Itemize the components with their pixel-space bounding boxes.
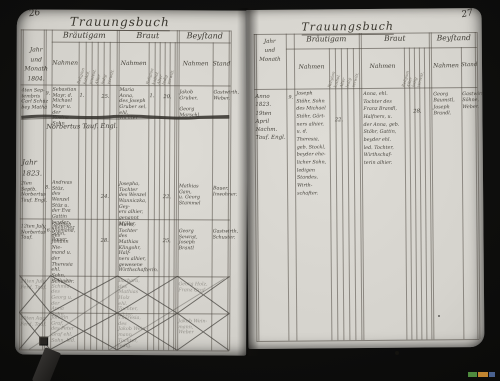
cross-out-marks	[19, 275, 229, 350]
scan-background: 26 Trauungsbuch	[0, 0, 500, 381]
rule	[409, 48, 413, 340]
watermark-segment	[478, 372, 488, 377]
entry-witness-stand: Bauer, Inwohner.	[213, 186, 229, 197]
rule	[256, 339, 479, 342]
rule	[286, 34, 290, 341]
left-page: 26 Trauungsbuch	[15, 9, 248, 355]
header-groom-right: Bräutigam	[294, 34, 359, 44]
rule	[404, 48, 408, 340]
header-bride-left: Braut	[119, 31, 177, 40]
entry-bride-age: 20.	[162, 94, 172, 100]
entry-house-number: 9.	[287, 96, 294, 102]
rule	[335, 48, 339, 340]
entry-groom-age: 25.	[100, 94, 110, 100]
header-witness-left: Beyſtand	[179, 31, 231, 40]
right-page: 27 Trauungsbuch Jahr und Monath Bräuti	[246, 8, 485, 349]
entry-house-number: 9.	[44, 92, 51, 98]
page-number-right: 27	[461, 8, 474, 20]
rule	[424, 47, 428, 339]
subheader-witness-stand-left: Stand	[213, 60, 229, 67]
rule	[414, 48, 418, 340]
entry-witness-stand: Gastwirth, Schuster.	[213, 229, 229, 240]
scan-speck	[438, 315, 440, 317]
entry-witness-stand: Gastwirth, Weber.	[213, 90, 229, 101]
entry-bride-name: Anna, ehl. Tochter des Franz Brandl, Hal…	[363, 91, 404, 168]
entry-date: Anno 1823. 19ten April Nachm. Tauf. Engl…	[255, 93, 285, 143]
scan-speck	[395, 351, 399, 355]
entry-witness-name: Georg Baumstl, Joseph Brandl.	[433, 92, 460, 118]
year-1823-label: Jahr 1823.	[22, 157, 50, 178]
handwritten-note: Norbertus Tauf. Engl.	[46, 121, 176, 131]
subheader-witness-stand-right: Stand	[461, 62, 475, 68]
watermark-segment	[468, 372, 477, 377]
entry-groom-age: 28.	[100, 238, 110, 244]
rule	[419, 48, 423, 340]
rule	[353, 48, 357, 340]
entry-witness-name: Georg Sewrat, Joseph Brantl	[179, 229, 211, 252]
rule	[329, 48, 333, 340]
subheader-groom-names-right: Nahmen	[294, 63, 329, 70]
rotated-label: verwitt.	[106, 68, 115, 85]
watermark-segment	[489, 372, 495, 377]
header-year-month-right: Jahr und Monath	[254, 38, 286, 65]
header-year-month-left: Jahr und Monath 1804.	[21, 45, 52, 84]
dark-paper-blemish	[39, 337, 48, 346]
page-title-left: Trauungsbuch	[70, 15, 170, 32]
page-number-left: 26	[28, 9, 41, 19]
entry-groom-age: 24.	[100, 194, 110, 200]
subheader-groom-names-left: Nahmen	[52, 60, 79, 67]
entry-bride-name: Maria, Tochter des Mathias Klingohr, Hal…	[119, 223, 148, 274]
entry-house-number: 8.	[44, 186, 51, 192]
rule	[347, 48, 351, 340]
rule	[254, 87, 477, 90]
rule	[341, 48, 345, 340]
subheader-witness-names-right: Nahmen	[431, 62, 461, 69]
header-bride-right: Braut	[361, 33, 429, 43]
entry-groom-age: 22.	[334, 117, 343, 123]
subheader-witness-names-left: Nahmen	[179, 60, 213, 67]
entry-house-number: 16.	[44, 229, 51, 235]
rule	[461, 47, 465, 339]
header-witness-right: Beyſtand	[431, 33, 477, 42]
entry-bride-age: 28.	[412, 108, 422, 114]
subheader-bride-names-right: Nahmen	[361, 63, 404, 70]
archive-watermark	[468, 372, 495, 377]
entry-witness-stand: Gastwirthn Söhne, Weber.	[462, 92, 476, 112]
entry-bride-name: Josepha, Tochter des Wenzel Wanniczka, G…	[119, 182, 148, 227]
entry-tick: 1.	[78, 93, 85, 99]
subheader-bride-names-left: Nahmen	[119, 60, 149, 67]
entry-tick: 1.	[148, 93, 155, 99]
entry-witness-name: Mathias Gam, u. Georg Stammel	[179, 184, 211, 207]
entry-groom-name: Joseph Stöhr, Sohn des Michael Stöhr, Gä…	[296, 90, 329, 198]
header-groom-left: Bräutigam	[52, 31, 117, 40]
entry-bride-age: 22.	[162, 194, 172, 200]
page-title-left-wrap: Trauungsbuch	[57, 11, 183, 32]
entry-bride-age: 25.	[162, 238, 172, 244]
rule	[286, 47, 477, 50]
